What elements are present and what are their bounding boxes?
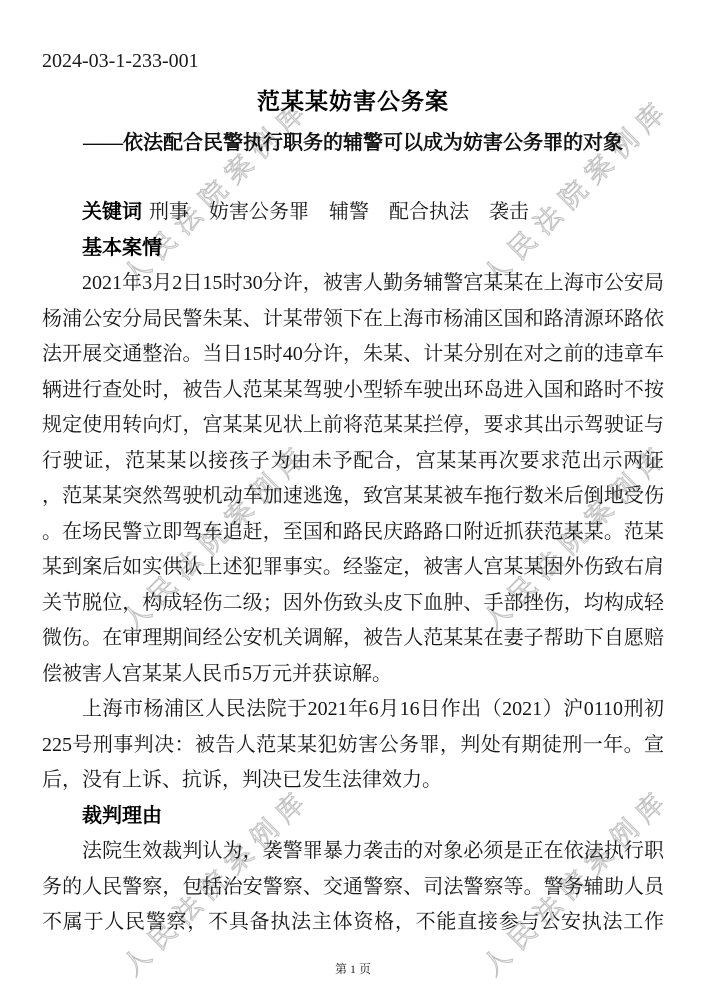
body-line: 杨浦公安分局民警朱某、计某带领下在上海市杨浦区国和路清源环路依: [42, 302, 664, 338]
body-line: 2021年3月2日15时30分许，被害人勤务辅警宫某某在上海市公安局: [42, 266, 664, 302]
court-case-document-page: 人民法院案例库 人民法院案例库 人民法院案例库 人民法院案例库 人民法院案例库 …: [0, 0, 706, 999]
case-reference-number: 2024-03-1-233-001: [42, 50, 199, 73]
body-line: 某到案后如实供认上述犯罪事实。经鉴定，被害人宫某某因外伤致右肩: [42, 550, 664, 586]
body-line: 法开展交通整治。当日15时40分许，朱某、计某分别在对之前的违章车: [42, 337, 664, 373]
body-line: 辆进行查处时，被告人范某某驾驶小型轿车驶出环岛进入国和路时不按: [42, 373, 664, 409]
section-heading-text: 基本案情: [82, 237, 162, 259]
body-line: 上海市杨浦区人民法院于2021年6月16日作出（2021）沪0110刑初: [42, 692, 664, 728]
document-body: 关键词刑事 妨害公务罪 辅警 配合执法 袭击 基本案情 2021年3月2日15时…: [42, 195, 664, 941]
body-line: 。在场民警立即驾车追赶，至国和路民庆路路口附近抓获范某某。范某: [42, 515, 664, 551]
body-line: 偿被害人宫某某人民币5万元并获谅解。: [42, 657, 664, 693]
keywords-label: 关键词: [82, 201, 142, 223]
body-line: 225号刑事判决：被告人范某某犯妨害公务罪，判处有期徒刑一年。宣判: [42, 728, 664, 764]
body-line: 后，没有上诉、抗诉，判决已发生法律效力。: [42, 763, 664, 799]
body-line: 关节脱位，构成轻伤二级；因外伤致头皮下血肿、手部挫伤，均构成轻: [42, 586, 664, 622]
keywords-row: 关键词刑事 妨害公务罪 辅警 配合执法 袭击: [42, 195, 664, 231]
body-line: ，范某某突然驾驶机动车加速逃逸，致宫某某被车拖行数米后倒地受伤: [42, 479, 664, 515]
page-number-footer: 第 1 页: [0, 960, 706, 977]
case-subtitle: ——依法配合民警执行职务的辅警可以成为妨害公务罪的对象: [0, 126, 706, 155]
section-heading-text: 裁判理由: [82, 805, 162, 827]
body-line: 行驶证，范某某以接孩子为由未予配合，宫某某再次要求范出示两证: [42, 444, 664, 480]
keywords-text: 刑事 妨害公务罪 辅警 配合执法 袭击: [149, 201, 529, 223]
body-line: 务的人民警察，包括治安警察、交通警察、司法警察等。警务辅助人员: [42, 870, 664, 906]
body-line: 规定使用转向灯，宫某某见状上前将范某某拦停，要求其出示驾驶证与: [42, 408, 664, 444]
body-line: 法院生效裁判认为，袭警罪暴力袭击的对象必须是正在依法执行职: [42, 834, 664, 870]
section-heading-judgment-reasons: 裁判理由: [42, 799, 664, 835]
body-line: 不属于人民警察，不具备执法主体资格，不能直接参与公安执法工作: [42, 905, 664, 941]
case-title: 范某某妨害公务案: [0, 83, 706, 116]
section-heading-basic-facts: 基本案情: [42, 231, 664, 267]
body-line: 微伤。在审理期间经公安机关调解，被告人范某某在妻子帮助下自愿赔: [42, 621, 664, 657]
